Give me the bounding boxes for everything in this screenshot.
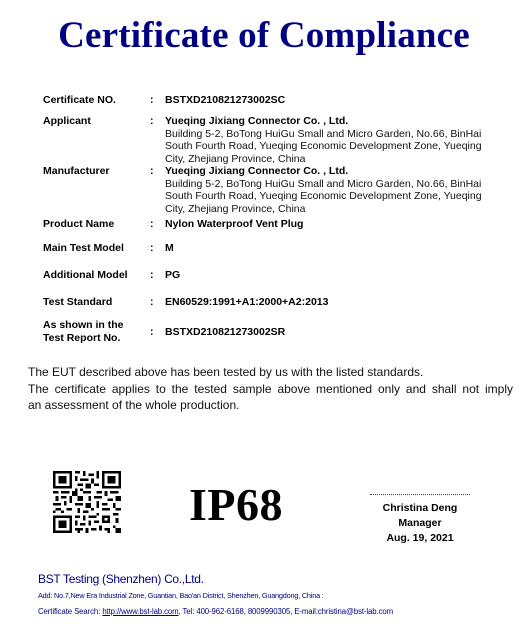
field-label: Test Standard [43,296,143,309]
signature-block: Christina Deng Manager Aug. 19, 2021 [370,494,470,546]
certificate-title: Certificate of Compliance [0,14,528,57]
applicant-address-line: Building 5-2, BoTong HuiGu Small and Mic… [165,128,515,141]
certificate-number: BSTXD210821273002SC [165,94,515,107]
statement-line: an assessment of the whole production. [28,397,513,414]
field-label: As shown in the [43,319,143,332]
manufacturer-address-line: South Fourth Road, Yueqing Economic Deve… [165,190,515,203]
test-standard: EN60529:1991+A1:2000+A2:2013 [165,296,515,309]
applicant-address-line: South Fourth Road, Yueqing Economic Deve… [165,140,515,153]
additional-model: PG [165,269,515,282]
footer-company: BST Testing (Shenzhen) Co.,Ltd. [38,572,518,586]
certificate-search-label: Certificate Search: [38,607,102,616]
footer-address: Add: No.7,New Era Industrial Zone, Guant… [38,591,518,601]
field-label: Manufacturer [43,165,143,178]
field-separator: : [150,296,154,309]
field-label: Additional Model [43,269,143,282]
statement-line: The EUT described above has been tested … [28,364,513,381]
applicant-address-line: City, Zhejiang Province, China [165,153,515,166]
manufacturer-name: Yueqing Jixiang Connector Co. , Ltd. [165,165,515,178]
signature-date: Aug. 19, 2021 [370,531,470,546]
field-label: Main Test Model [43,242,143,255]
field-label: Test Report No. [43,332,143,345]
field-label: Applicant [43,115,143,128]
field-separator: : [150,269,154,282]
footer-contact-info: , Tel: 400-962-6168, 8009990305, E-mail:… [179,607,393,616]
applicant-name: Yueqing Jixiang Connector Co. , Ltd. [165,115,515,128]
field-separator: : [150,115,154,128]
field-separator: : [150,94,154,107]
field-separator: : [150,326,154,339]
signatory-title: Manager [370,516,470,531]
manufacturer-address-line: City, Zhejiang Province, China [165,203,515,216]
test-report-number: BSTXD210821273002SR [165,326,515,339]
website-link[interactable]: http://www.bst-lab.com [102,607,178,616]
product-name: Nylon Waterproof Vent Plug [165,218,515,231]
manufacturer-address-line: Building 5-2, BoTong HuiGu Small and Mic… [165,178,515,191]
statement-line: The certificate applies to the tested sa… [28,381,513,398]
signature-line [370,494,470,495]
footer-contact: Certificate Search: http://www.bst-lab.c… [38,607,518,617]
ip-rating: IP68 [189,478,283,531]
footer: BST Testing (Shenzhen) Co.,Ltd. Add: No.… [38,572,518,617]
qr-code-icon [53,471,121,533]
compliance-statement: The EUT described above has been tested … [28,364,513,414]
field-separator: : [150,218,154,231]
field-separator: : [150,165,154,178]
main-test-model: M [165,242,515,255]
field-label: Certificate NO. [43,94,143,107]
signatory-name: Christina Deng [370,501,470,516]
field-separator: : [150,242,154,255]
field-label: Product Name [43,218,143,231]
